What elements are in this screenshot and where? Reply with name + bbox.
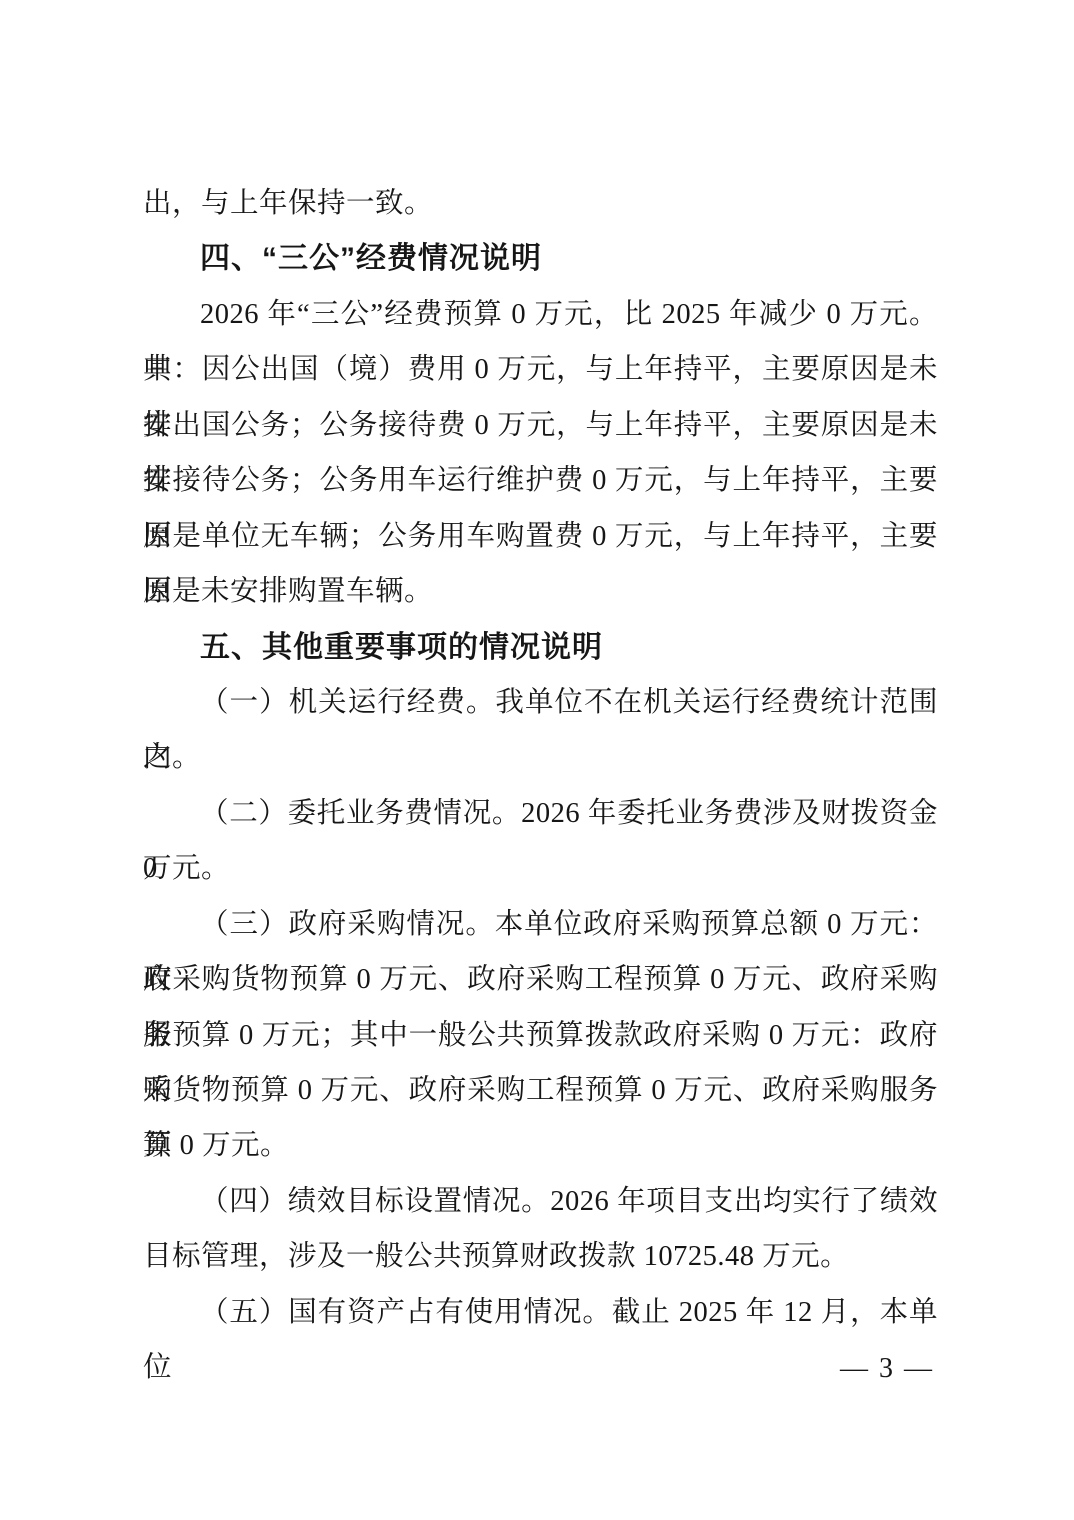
text-line: 排出国公务；公务接待费 0 万元，与上年持平，主要原因是未安 (143, 398, 938, 453)
text-line: 因是单位无车辆；公务用车购置费 0 万元，与上年持平，主要原 (143, 509, 938, 564)
text-line: 中：因公出国（境）费用 0 万元，与上年持平，主要原因是未安 (143, 342, 938, 397)
text-line: 因是未安排购置车辆。 (143, 564, 938, 619)
section-heading: 四、“三公”经费情况说明 (143, 231, 938, 286)
text-line: 算 0 万元。 (143, 1118, 938, 1173)
text-line: （五）国有资产占有使用情况。截止 2025 年 12 月，本单位 (143, 1285, 938, 1340)
text-line: 务预算 0 万元；其中一般公共预算拨款政府采购 0 万元：政府采 (143, 1008, 938, 1063)
text-line: （四）绩效目标设置情况。2026 年项目支出均实行了绩效 (143, 1174, 938, 1229)
text-line: 出，与上年保持一致。 (143, 176, 938, 231)
text-line: 内。 (143, 730, 938, 785)
text-line: 万元。 (143, 841, 938, 896)
text-line: （一）机关运行经费。我单位不在机关运行经费统计范围之 (143, 675, 938, 730)
text-line: 购货物预算 0 万元、政府采购工程预算 0 万元、政府采购服务预 (143, 1063, 938, 1118)
text-line: 排接待公务；公务用车运行维护费 0 万元，与上年持平，主要原 (143, 453, 938, 508)
document-body: 出，与上年保持一致。四、“三公”经费情况说明2026 年“三公”经费预算 0 万… (143, 176, 938, 1340)
page-number: — 3 — (840, 1349, 934, 1389)
text-line: 目标管理，涉及一般公共预算财政拨款 10725.48 万元。 (143, 1229, 938, 1284)
document-page: 出，与上年保持一致。四、“三公”经费情况说明2026 年“三公”经费预算 0 万… (0, 0, 1074, 1520)
text-line: （三）政府采购情况。本单位政府采购预算总额 0 万元：政 (143, 897, 938, 952)
text-line: 2026 年“三公”经费预算 0 万元，比 2025 年减少 0 万元。其 (143, 287, 938, 342)
text-line: 府采购货物预算 0 万元、政府采购工程预算 0 万元、政府采购服 (143, 952, 938, 1007)
text-line: （二）委托业务费情况。2026 年委托业务费涉及财拨资金 0 (143, 786, 938, 841)
section-heading: 五、其他重要事项的情况说明 (143, 620, 938, 675)
